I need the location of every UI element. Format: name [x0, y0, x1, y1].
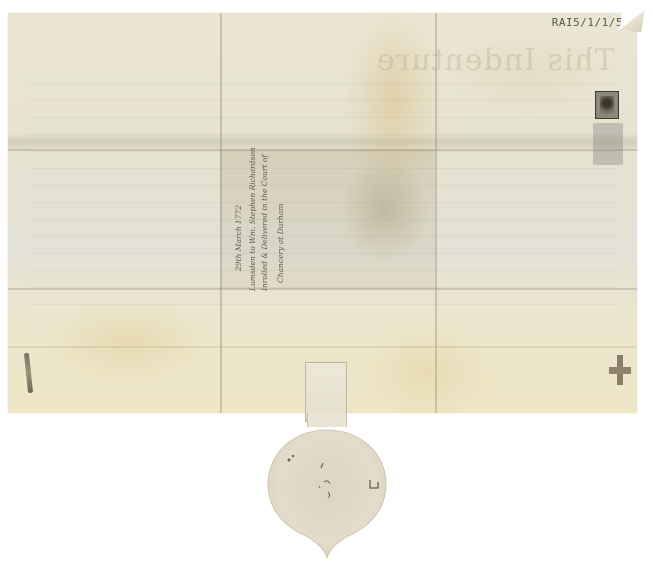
fold-line-horizontal [8, 346, 637, 348]
endorsement-parties: Lumsden to Wm. Stephen Richardson [248, 147, 257, 291]
duty-stamp-icon [595, 91, 619, 119]
folded-corner [620, 8, 645, 33]
endorsement-enrolment: Inrolled & Delivered in the Court of [260, 155, 269, 291]
show-through-text [28, 83, 617, 343]
left-parchment-tie [24, 353, 33, 393]
cross-tag-icon [609, 355, 631, 385]
pendant-seal-icon [266, 422, 388, 558]
endorsement: 29th March 1772 Lumsden to Wm. Stephen R… [230, 163, 300, 293]
archive-reference-number: RAI5/1/1/5 [552, 16, 623, 29]
endorsement-date: 29th March 1772 [234, 205, 243, 271]
show-through-heading: This Indenture [376, 43, 615, 78]
endorsement-court: Chancery at Durham [276, 204, 285, 283]
parchment-document: This Indenture RAI5/1/1/5 29th March 177… [8, 13, 637, 413]
stamp-shadow [593, 123, 623, 165]
